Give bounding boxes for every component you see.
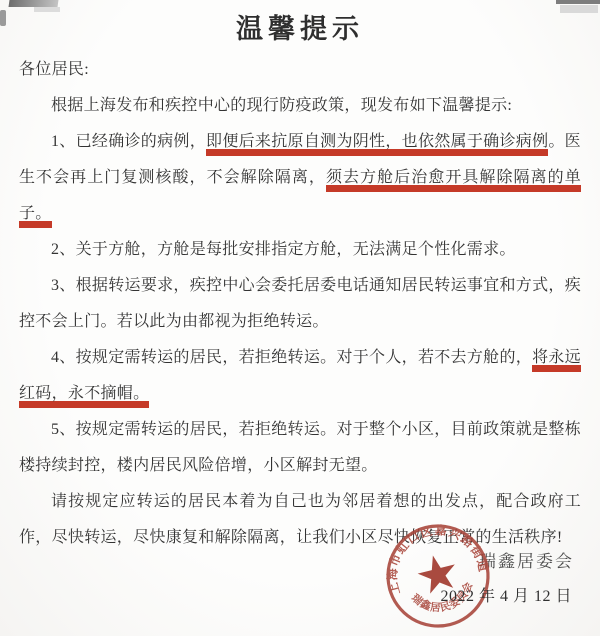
photo-artifact-left-edge [0, 10, 6, 26]
point-5: 5、按规定需转运的居民，若拒绝转运。对于整个小区，目前政策就是整栋楼持续封控，楼… [19, 412, 581, 484]
notice-document: 温馨提示 各位居民: 根据上海发布和疾控中心的现行防疫政策，现发布如下温馨提示:… [0, 0, 600, 636]
salutation: 各位居民: [19, 52, 581, 88]
page-title: 温馨提示 [0, 0, 600, 46]
photo-artifact-top-right-smudge [560, 5, 598, 13]
closing-paragraph: 请按规定应转运的居民本着为自己也为邻居着想的出发点，配合政府工作，尽快转运，尽快… [19, 484, 581, 556]
point-1: 1、已经确诊的病例，即便后来抗原自测为阴性，也依然属于确诊病例。医生不会再上门复… [19, 124, 581, 232]
point-4: 4、按规定需转运的居民，若拒绝转运。对于个人，若不去方舱的，将永远红码，永不摘帽… [19, 340, 581, 412]
point-1-underlined-phrase: 即便后来抗原自测为阴性，也依然属于确诊病例 [206, 133, 548, 156]
signature-committee: 瑞鑫居委会 [479, 547, 574, 572]
point-4-underlined-phrase: 红码，永不摘帽。 [19, 385, 149, 408]
photo-artifact-top-left [9, 0, 59, 7]
point-3-text: 3、根据转运要求，疾控中心会委托居委电话通知居民转运事宜和方式，疾控不会上门。若… [19, 277, 581, 330]
point-2-text: 2、关于方舱，方舱是每批安排指定方舱，无法满足个性化需求。 [51, 241, 516, 258]
photo-artifact-top-right [556, 0, 600, 4]
point-2: 2、关于方舱，方舱是每批安排指定方舱，无法满足个性化需求。 [19, 232, 581, 268]
photo-artifact-top-left-smudge [34, 7, 60, 12]
notice-body: 各位居民: 根据上海发布和疾控中心的现行防疫政策，现发布如下温馨提示: 1、已经… [0, 46, 600, 556]
intro-paragraph: 根据上海发布和疾控中心的现行防疫政策，现发布如下温馨提示: [19, 88, 581, 124]
point-5-text: 5、按规定需转运的居民，若拒绝转运。对于整个小区，目前政策就是整栋楼持续封控，楼… [19, 421, 581, 474]
point-3: 3、根据转运要求，疾控中心会委托居委电话通知居民转运事宜和方式，疾控不会上门。若… [19, 268, 581, 340]
point-4-underlined-phrase: 将永远 [532, 349, 581, 372]
point-1-text: 1、已经确诊的病例， [51, 133, 206, 150]
notice-date: 2022 年 4 月 12 日 [440, 583, 572, 606]
point-4-text: 4、按规定需转运的居民，若拒绝转运。对于个人，若不去方舱的， [51, 349, 532, 366]
